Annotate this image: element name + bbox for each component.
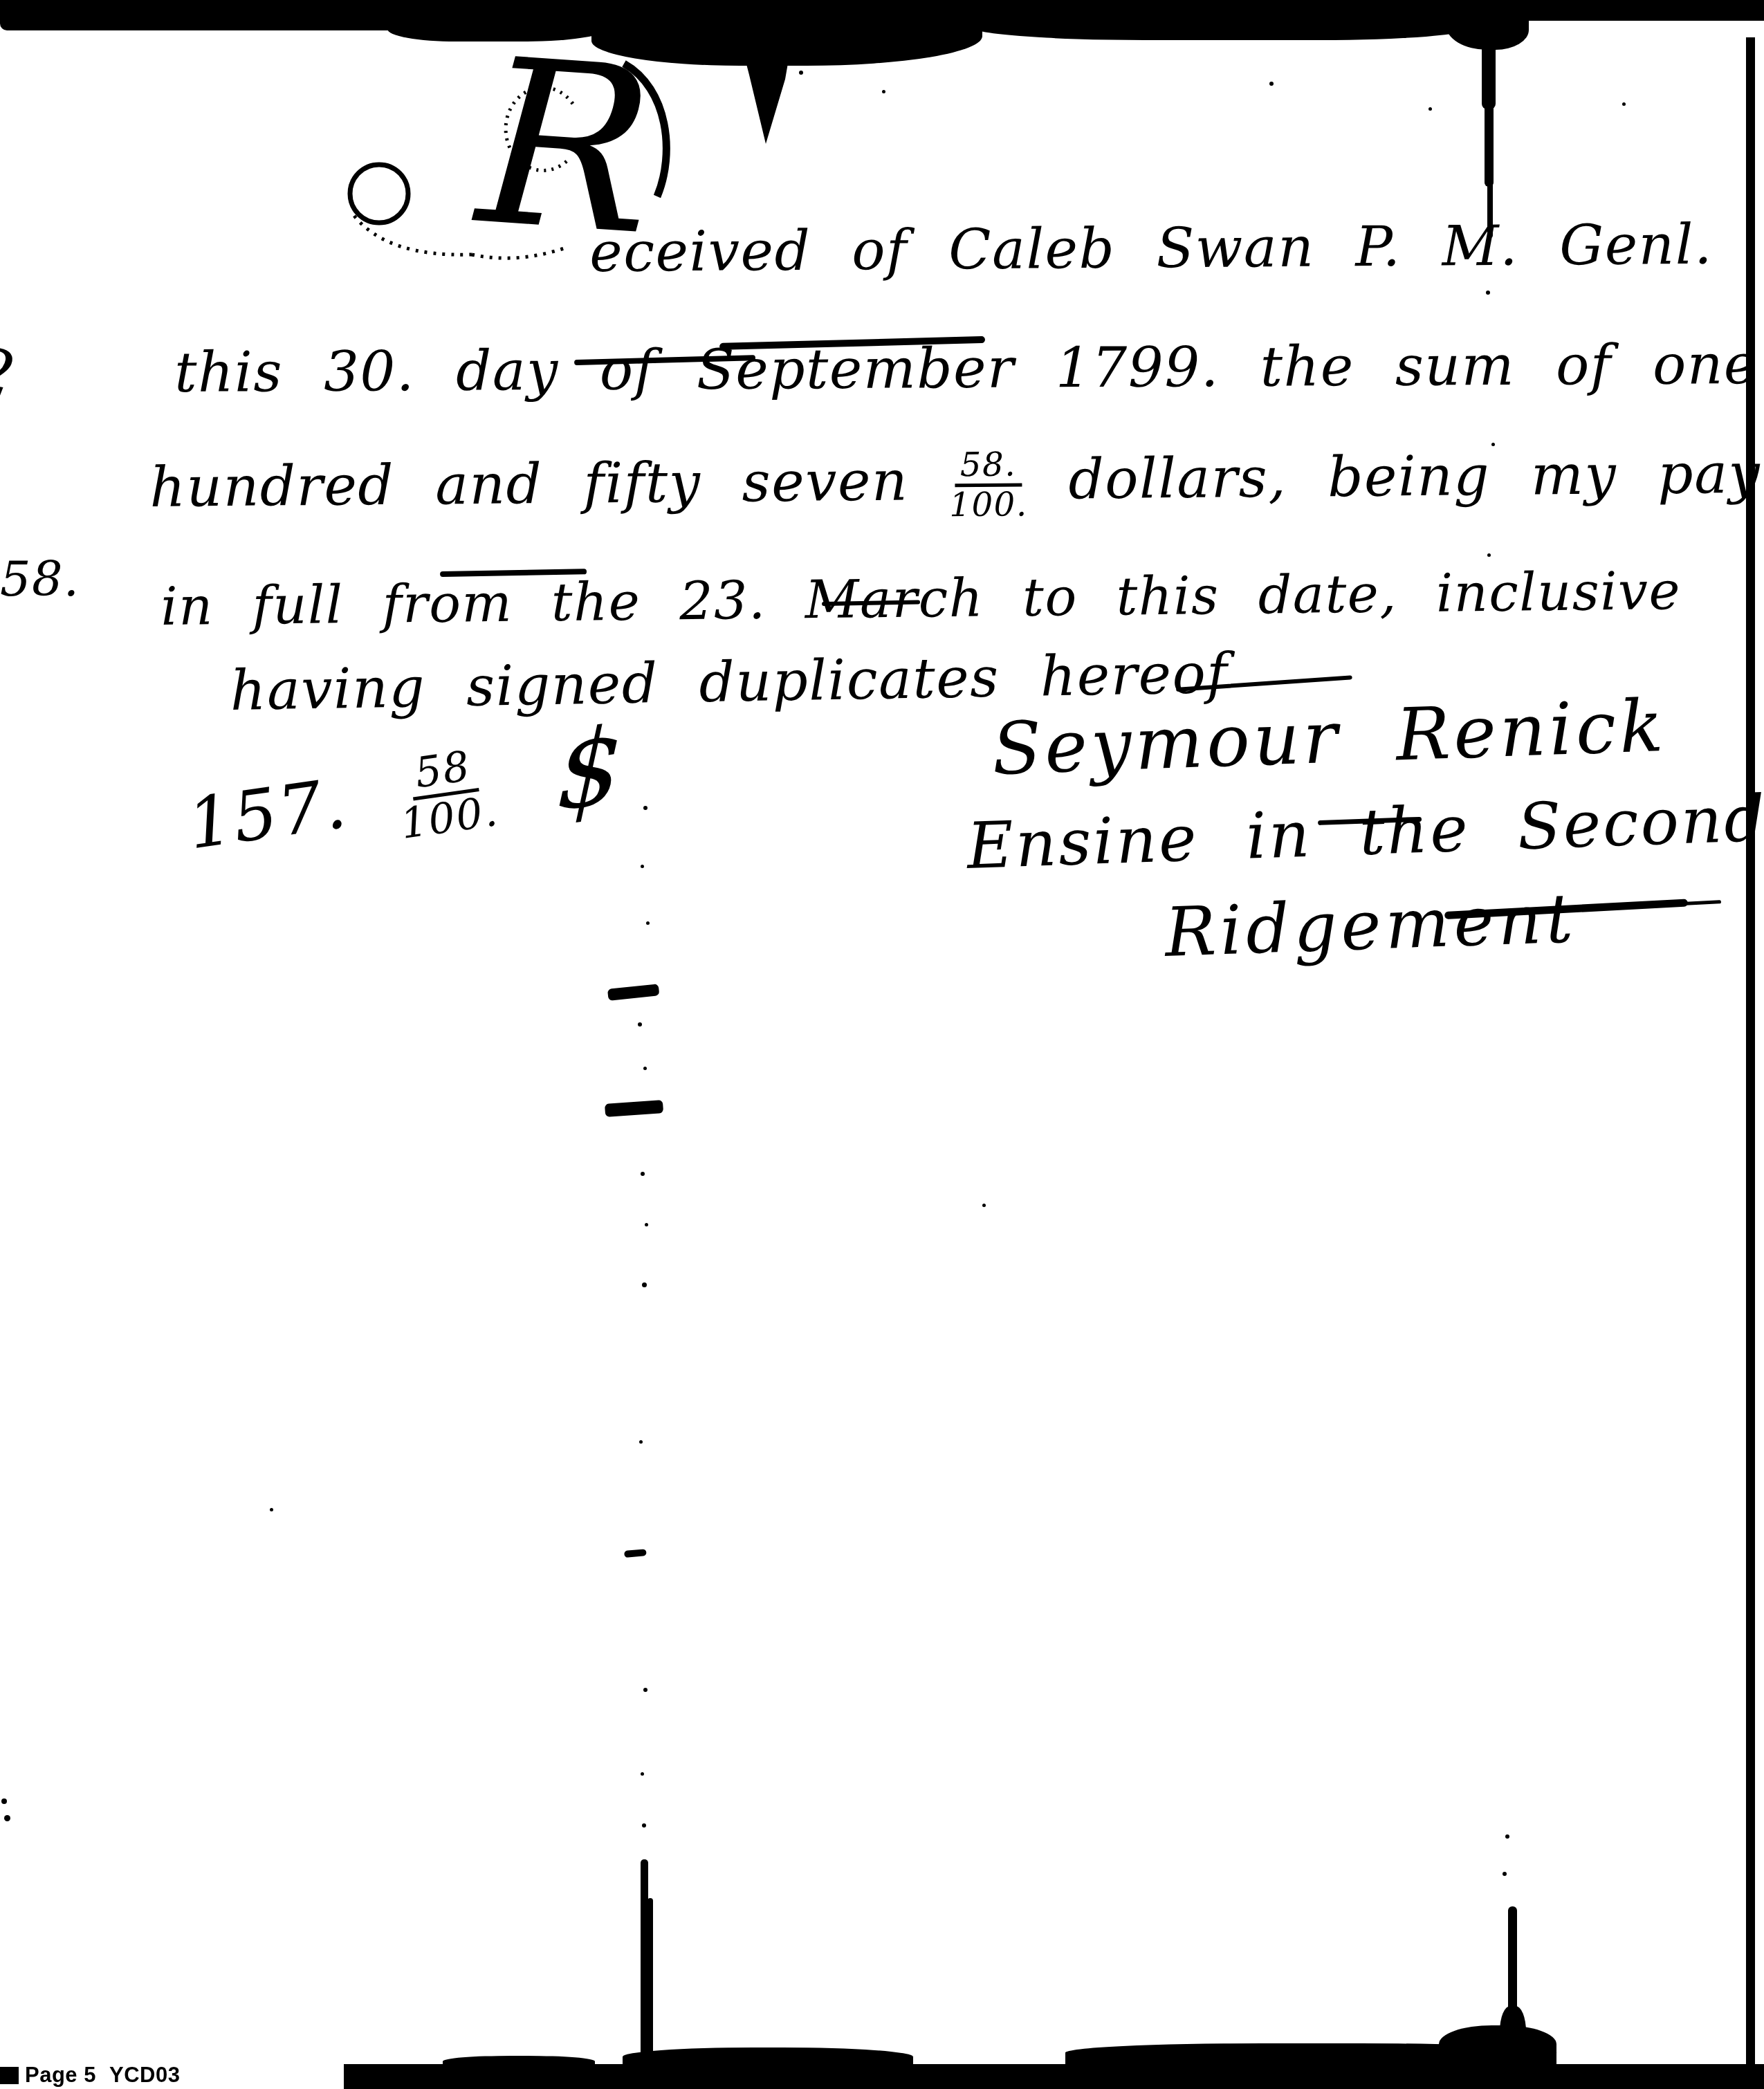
fold-crease-right-top bbox=[1485, 104, 1494, 187]
receipt-amount-fraction: 58 100. bbox=[392, 742, 501, 846]
footer-code: YCD03 bbox=[109, 2063, 180, 2088]
left-edge-partial-mark: 2 bbox=[0, 332, 22, 416]
receipt-margin-number: 58. bbox=[0, 551, 80, 607]
scan-speck bbox=[1486, 291, 1490, 295]
scan-speck bbox=[882, 90, 885, 93]
scan-speck bbox=[982, 1204, 986, 1207]
scan-speck bbox=[638, 1022, 642, 1027]
scan-speck bbox=[641, 1772, 644, 1776]
fold-crease-center-bottom bbox=[647, 1898, 653, 2068]
scan-speck bbox=[643, 1067, 647, 1070]
scan-speck bbox=[1503, 1872, 1507, 1876]
scan-speck bbox=[642, 1823, 646, 1828]
receipt-amount: 157. 58 100. $ bbox=[178, 693, 635, 905]
receipt-line-3-pre: hundred and fifty seven bbox=[149, 448, 908, 519]
receipt-line-3-fraction: 58. 100. bbox=[949, 448, 1028, 522]
scan-speck bbox=[1, 1798, 7, 1804]
scan-speck bbox=[1505, 1834, 1509, 1839]
receipt-line-3: hundred and fifty seven 58. 100. dollars… bbox=[149, 441, 1761, 553]
scan-speck bbox=[642, 1282, 647, 1287]
scan-border-bottom-bump bbox=[623, 2047, 913, 2068]
receipt-line-4: in full from the 23. March to this date,… bbox=[160, 560, 1681, 637]
receipt-line-3-post: dollars, being my pay bbox=[1068, 441, 1761, 512]
scan-border-top-bump bbox=[1577, 0, 1764, 18]
scan-speck bbox=[641, 865, 644, 868]
scan-speck bbox=[639, 1440, 643, 1444]
scan-speck bbox=[270, 1508, 273, 1511]
scan-speck bbox=[641, 1172, 645, 1176]
scan-speck bbox=[1428, 107, 1432, 111]
scan-border-bottom-bump bbox=[443, 2056, 595, 2068]
fold-crease-center-dash bbox=[624, 1549, 647, 1558]
scan-speck bbox=[1487, 553, 1491, 557]
fold-crease-center-dash bbox=[605, 1100, 663, 1117]
fold-crease-center-dash bbox=[607, 984, 659, 1001]
scan-speck bbox=[645, 1223, 648, 1226]
footer-page-label: Page 5 bbox=[25, 2063, 96, 2088]
receipt-line-2: this 30. day of September 1799. the sum … bbox=[174, 332, 1758, 405]
scan-speck bbox=[1622, 102, 1626, 106]
receipt-amount-whole: 157. bbox=[183, 762, 352, 865]
footer-square-mark bbox=[0, 2067, 19, 2084]
scan-speck bbox=[643, 1688, 647, 1692]
scan-speck bbox=[643, 806, 647, 810]
scan-border-top-bump bbox=[0, 0, 408, 30]
scan-border-bottom-bump bbox=[1439, 2025, 1556, 2067]
signature-rank-line: Ensine in the Second bbox=[966, 782, 1764, 883]
scan-border-top-bump bbox=[968, 0, 1470, 40]
signature-unit-line: Ridgement bbox=[1164, 879, 1579, 973]
scan-speck bbox=[646, 921, 650, 925]
dollar-flourish-icon: $ bbox=[555, 703, 626, 835]
scan-speck bbox=[4, 1815, 10, 1821]
receipt-line-1: eceived of Caleb Swan P. M. Genl. bbox=[589, 212, 1713, 284]
scan-speck bbox=[1269, 82, 1274, 86]
fold-crease-right-top bbox=[1482, 19, 1496, 109]
scanned-receipt-page: R eceived of Caleb Swan P. M. Genl. this… bbox=[0, 0, 1764, 2089]
